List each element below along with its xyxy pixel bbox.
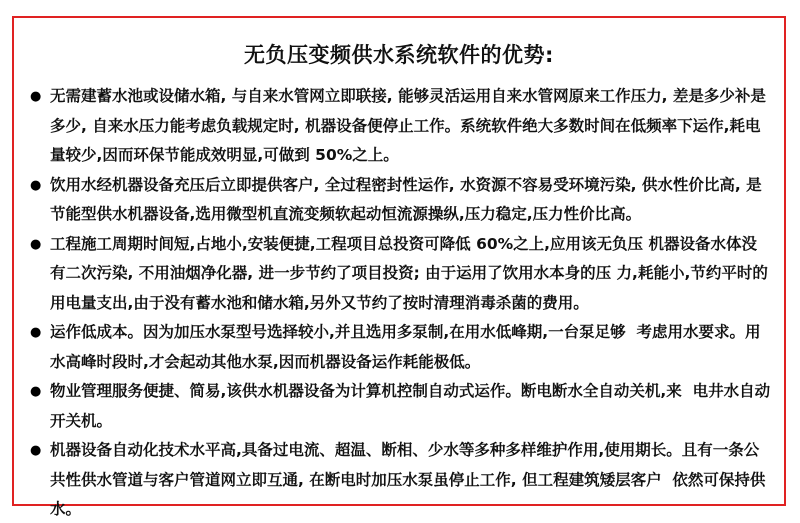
list-item: ●饮用水经机器设备充压后立即提供客户, 全过程密封性运作, 水资源不容易受环境污… bbox=[30, 171, 772, 230]
bullet-text: 饮用水经机器设备充压后立即提供客户, 全过程密封性运作, 水资源不容易受环境污染… bbox=[50, 171, 772, 230]
bullet-icon: ● bbox=[30, 318, 50, 348]
bullet-text: 运作低成本。因为加压水泵型号选择较小,并且选用多泵制,在用水低峰期,一台泵足够 … bbox=[50, 318, 772, 377]
bullet-text: 工程施工周期时间短,占地小,安装便捷,工程项目总投资可降低 60%之上,应用该无… bbox=[50, 230, 772, 319]
list-item: ●无需建蓄水池或设储水箱, 与自来水管网立即联接, 能够灵活运用自来水管网原来工… bbox=[30, 82, 772, 171]
page-frame: 无负压变频供水系统软件的优势: ●无需建蓄水池或设储水箱, 与自来水管网立即联接… bbox=[12, 16, 786, 506]
list-item: ●机器设备自动化技术水平高,具备过电流、超温、断相、少水等多种多样维护作用,使用… bbox=[30, 436, 772, 523]
bullet-text: 物业管理服务便捷、简易,该供水机器设备为计算机控制自动式运作。断电断水全自动关机… bbox=[50, 377, 772, 436]
list-item: ●物业管理服务便捷、简易,该供水机器设备为计算机控制自动式运作。断电断水全自动关… bbox=[30, 377, 772, 436]
page-title: 无负压变频供水系统软件的优势: bbox=[24, 39, 774, 69]
list-item: ●工程施工周期时间短,占地小,安装便捷,工程项目总投资可降低 60%之上,应用该… bbox=[30, 230, 772, 319]
bullet-text: 机器设备自动化技术水平高,具备过电流、超温、断相、少水等多种多样维护作用,使用期… bbox=[50, 436, 772, 523]
advantages-list: ●无需建蓄水池或设储水箱, 与自来水管网立即联接, 能够灵活运用自来水管网原来工… bbox=[14, 82, 784, 523]
bullet-icon: ● bbox=[30, 230, 50, 260]
bullet-icon: ● bbox=[30, 171, 50, 201]
bullet-icon: ● bbox=[30, 377, 50, 407]
bullet-icon: ● bbox=[30, 82, 50, 112]
bullet-text: 无需建蓄水池或设储水箱, 与自来水管网立即联接, 能够灵活运用自来水管网原来工作… bbox=[50, 82, 772, 171]
bullet-icon: ● bbox=[30, 436, 50, 466]
list-item: ●运作低成本。因为加压水泵型号选择较小,并且选用多泵制,在用水低峰期,一台泵足够… bbox=[30, 318, 772, 377]
